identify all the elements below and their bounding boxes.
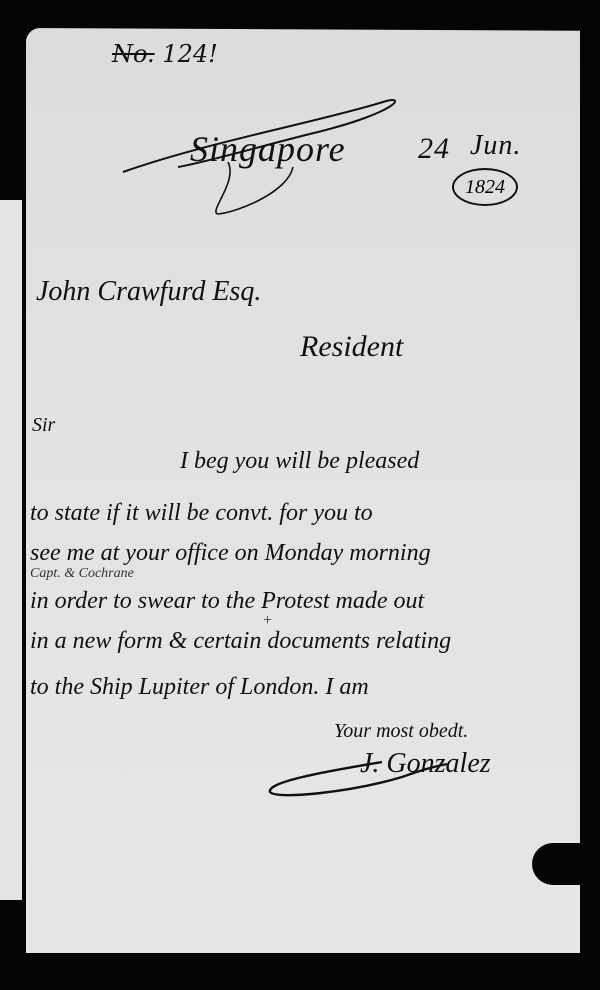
adjacent-page-edge [0,200,22,900]
closing: Your most obedt. [334,720,468,743]
body-line-3: see me at your office on Monday morning [30,540,431,567]
addressee-title: Resident [300,330,403,364]
body-line-4: in order to swear to the Protest made ou… [30,588,424,615]
body-line-5: in a new form & certain documents relati… [30,628,451,655]
catalog-mark: ! [208,40,218,68]
dateline-place: Singapore [190,128,346,170]
margin-insertion: Capt. & Cochrane [30,566,134,582]
signature: J. Gonzalez [360,748,491,780]
salutation: Sir [32,414,55,437]
catalog-prefix: No. [112,40,155,68]
catalog-value: 124 [162,40,208,68]
body-line-1: I beg you will be pleased [180,448,419,475]
body-line-2: to state if it will be convt. for you to [30,500,373,527]
catalog-number: No. 124! [112,40,218,68]
thumb-shadow [532,843,600,885]
addressee-name: John Crawfurd Esq. [36,276,261,308]
dateline-day: 24 [418,132,450,166]
body-line-6: to the Ship Lupiter of London. I am [30,674,369,701]
dateline-month: Jun. [470,130,521,162]
dateline-year: 1824 [452,168,518,206]
